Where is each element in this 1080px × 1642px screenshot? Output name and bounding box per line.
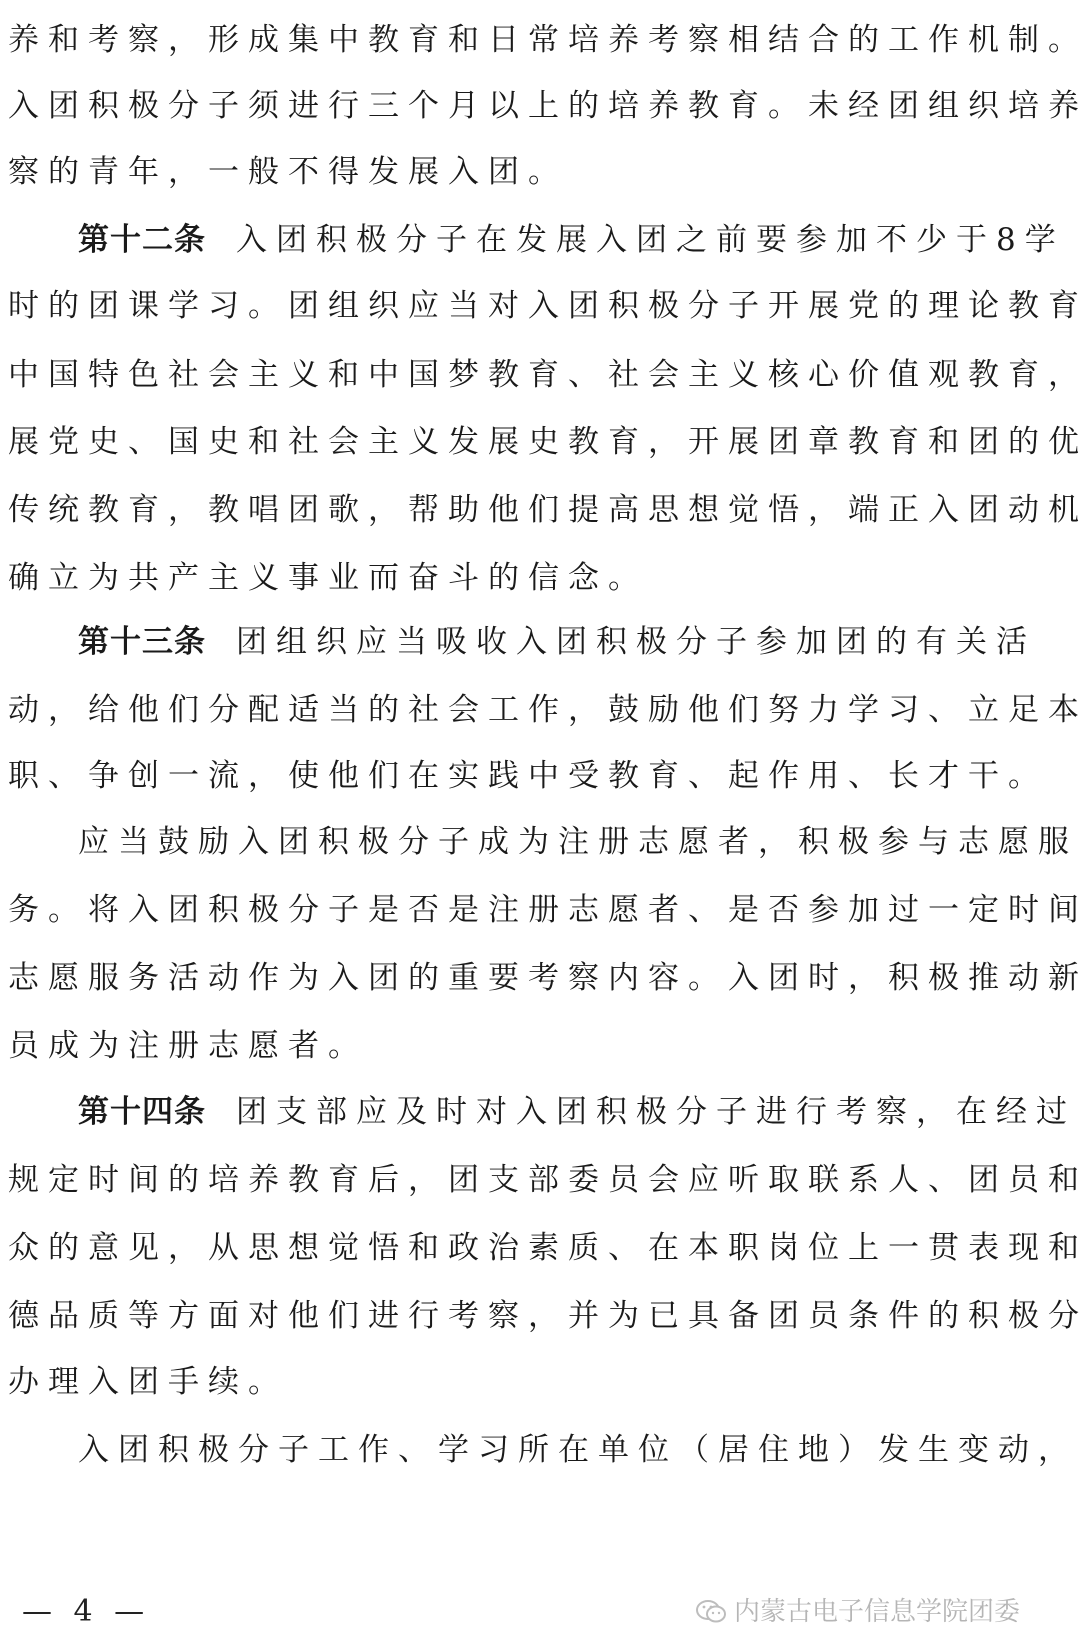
text-line: 规定时间的培养教育后，团支部委员会应听取联系人、团员和群 [8,1160,1072,1200]
text-line: 德品质等方面对他们进行考察，并为已具备团员条件的积极分子 [8,1296,1072,1336]
article-14-text: 团支部应及时对入团积极分子进行考察，在经过 [236,1094,1076,1130]
paragraph-first-line: 入团积极分子工作、学习所在单位（居住地）发生变动， [78,1430,1072,1470]
page-number: — 4 — [22,1592,150,1632]
text-line: 确立为共产主义事业而奋斗的信念。 [8,558,1072,598]
text-line: 务。将入团积极分子是否是注册志愿者、是否参加过一定时间的 [8,890,1072,930]
text-line: 传统教育，教唱团歌，帮助他们提高思想觉悟，端正入团动机， [8,490,1072,530]
article-12-first-line: 第十二条入团积极分子在发展入团之前要参加不少于8学 [78,220,1072,260]
document-page: 养和考察，形成集中教育和日常培养考察相结合的工作机制。对 入团积极分子须进行三个… [0,0,1080,1642]
text-line: 办理入团手续。 [8,1362,1072,1402]
text-line: 养和考察，形成集中教育和日常培养考察相结合的工作机制。对 [8,20,1072,60]
text-line: 察的青年，一般不得发展入团。 [8,152,1072,192]
paragraph-first-line: 应当鼓励入团积极分子成为注册志愿者，积极参与志愿服 [78,822,1072,862]
text-line: 入团积极分子须进行三个月以上的培养教育。未经团组织培养考 [8,86,1072,126]
watermark: 内蒙古电子信息学院团委 [694,1592,1020,1632]
article-14-first-line: 第十四条团支部应及时对入团积极分子进行考察，在经过 [78,1092,1072,1132]
article-13-first-line: 第十三条团组织应当吸收入团积极分子参加团的有关活 [78,622,1072,662]
text-line: 动，给他们分配适当的社会工作，鼓励他们努力学习、立足本 [8,690,1072,730]
article-12-heading: 第十二条 [78,222,206,258]
watermark-text: 内蒙古电子信息学院团委 [734,1592,1020,1632]
article-13-heading: 第十三条 [78,624,206,660]
text-line: 展党史、国史和社会主义发展史教育，开展团章教育和团的优良 [8,422,1072,462]
text-line: 时的团课学习。团组织应当对入团积极分子开展党的理论教育、 [8,286,1072,326]
text-line: 众的意见，从思想觉悟和政治素质、在本职岗位上一贯表现和道 [8,1228,1072,1268]
text-line: 中国特色社会主义和中国梦教育、社会主义核心价值观教育，开 [8,355,1072,395]
text-line: 职、争创一流，使他们在实践中受教育、起作用、长才干。 [8,756,1072,796]
article-14-heading: 第十四条 [78,1094,206,1130]
wechat-icon [694,1597,728,1627]
article-13-text: 团组织应当吸收入团积极分子参加团的有关活 [236,624,1036,660]
text-line: 志愿服务活动作为入团的重要考察内容。入团时，积极推动新团 [8,958,1072,998]
text-line: 员成为注册志愿者。 [8,1026,1072,1066]
article-12-text: 入团积极分子在发展入团之前要参加不少于8学 [236,222,1065,258]
